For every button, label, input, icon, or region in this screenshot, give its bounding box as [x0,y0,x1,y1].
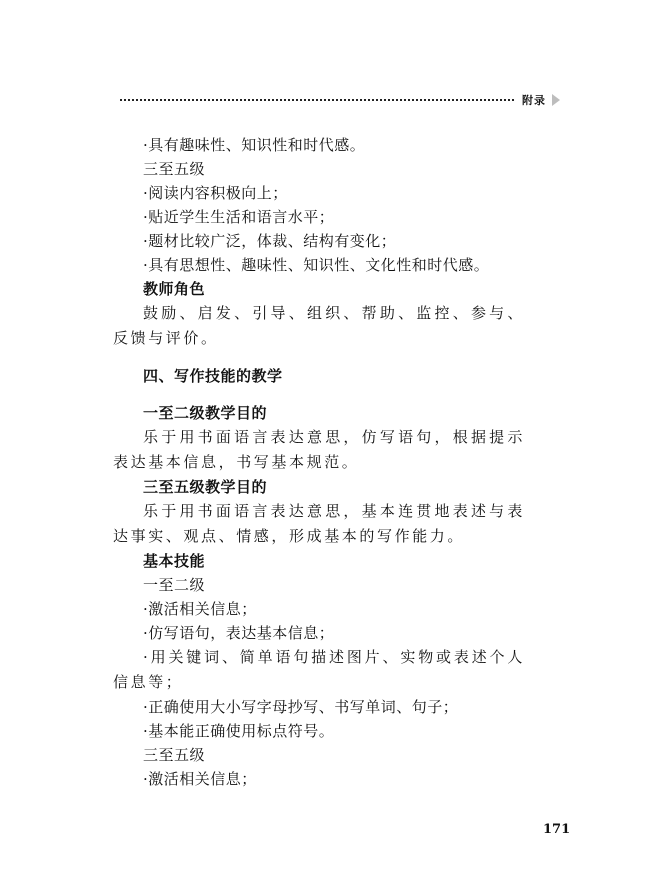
section-heading-writing: 四、写作技能的教学 [113,364,533,388]
bullet-item-wrapped: ·用关键词、简单语句描述图片、实物或表述个人信息等； [113,645,525,695]
level-label: 三至五级 [113,157,533,181]
subheading-level-3-5-goals: 三至五级教学目的 [113,475,533,499]
bullet-item: ·题材比较广泛，体裁、结构有变化； [113,229,533,253]
paragraph-teacher-role: 鼓励、启发、引导、组织、帮助、监控、参与、反馈与评价。 [113,301,525,351]
level-label: 一至二级 [113,573,533,597]
subheading-teacher-role: 教师角色 [113,277,533,301]
dotted-rule [120,99,514,101]
paragraph-level-1-2-goals: 乐于用书面语言表达意思，仿写语句，根据提示表达基本信息，书写基本规范。 [113,425,525,475]
section-label: 附录 [522,92,546,108]
level-label: 三至五级 [113,743,533,767]
subheading-level-1-2-goals: 一至二级教学目的 [113,401,533,425]
bullet-item: ·阅读内容积极向上； [113,181,533,205]
bullet-item: ·具有趣味性、知识性和时代感。 [113,133,533,157]
paragraph-level-3-5-goals: 乐于用书面语言表达意思，基本连贯地表述与表达事实、观点、情感，形成基本的写作能力… [113,499,525,549]
running-header: 附录 [120,92,560,108]
bullet-item: ·贴近学生生活和语言水平； [113,205,533,229]
bullet-item: ·激活相关信息； [113,767,533,791]
subheading-basic-skills: 基本技能 [113,549,533,573]
triangle-right-icon [552,94,560,106]
bullet-item: ·基本能正确使用标点符号。 [113,719,533,743]
bullet-item: ·仿写语句，表达基本信息； [113,621,533,645]
page-body: ·具有趣味性、知识性和时代感。 三至五级 ·阅读内容积极向上； ·贴近学生生活和… [113,133,533,791]
bullet-item: ·激活相关信息； [113,597,533,621]
bullet-item: ·具有思想性、趣味性、知识性、文化性和时代感。 [113,253,533,277]
page-number: 171 [543,822,570,837]
bullet-item: ·正确使用大小写字母抄写、书写单词、句子； [113,695,533,719]
